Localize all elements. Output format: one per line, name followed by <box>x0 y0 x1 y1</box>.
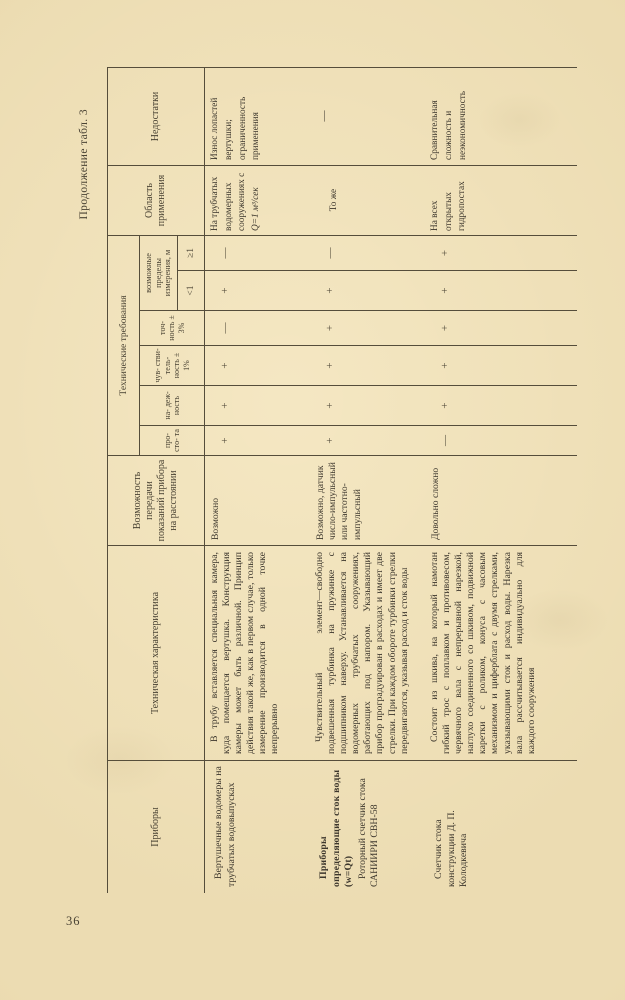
page-number: 36 <box>66 914 81 929</box>
cell-limit-ge1-value: — <box>205 235 310 270</box>
cell-application-area: На трубчатых водомерных сооружениях с Q=… <box>205 165 310 235</box>
instrument-name-text: Роторный счетчик стока САНИИРИ СВН-58 <box>357 766 382 887</box>
column-header-tech-characteristic: Техническая характеристика <box>107 545 205 760</box>
cell-instrument-name: Приборы определяющие сток воды (w=Qt)Рот… <box>310 760 425 893</box>
subheader-chuvstvitelnost: чув- стви- тель- ность ± 1% <box>140 345 205 385</box>
cell-limit-lt1-value: + <box>310 270 425 310</box>
column-header-technical-requirements: Технические требования <box>107 235 140 455</box>
subheader-measurement-limits: возможные пределы измерения, м <box>140 235 178 310</box>
cell-chuvstvitelnost-value: + <box>205 345 310 385</box>
table-continuation-caption: Продолжение табл. 3 <box>78 109 90 220</box>
cell-application-area: На всех открытых гидропостах <box>425 165 577 235</box>
scanned-book-page: { "page": { "caption": "Продолжение табл… <box>0 0 625 1000</box>
cell-disadvantages: Сравнительная сложность и неэкономичност… <box>425 67 577 165</box>
cell-limit-ge1-value: + <box>425 235 577 270</box>
subheader-nadezhnost: на- деж- ность <box>140 385 205 425</box>
subheader-prostota: про- сто- та <box>140 425 205 455</box>
cell-chuvstvitelnost-value: + <box>310 345 425 385</box>
cell-instrument-name: Счетчик стока конструкции Д. П. Колодкев… <box>425 760 577 893</box>
column-header-disadvantages: Недостатки <box>107 67 205 165</box>
cell-limit-lt1-value: + <box>205 270 310 310</box>
cell-chuvstvitelnost-value: + <box>425 345 577 385</box>
cell-remote-transmission: Возможно <box>205 455 310 545</box>
cell-prostota-value: — <box>425 425 577 455</box>
cell-prostota-value: + <box>310 425 425 455</box>
subheader-tochnost: точ- ность ± 3% <box>140 310 205 345</box>
column-header-application-area: Область применения <box>107 165 205 235</box>
cell-nadezhnost-value: + <box>425 385 577 425</box>
cell-tochnost-value: — <box>205 310 310 345</box>
subheader-less-than-1m: <1 <box>178 270 205 310</box>
column-header-remote-transmission: Возможность передачи показаний прибора н… <box>107 455 205 545</box>
cell-disadvantages: — <box>310 67 425 165</box>
cell-technical-characteristic: Состоит из шкива, на который намотан гиб… <box>425 545 577 760</box>
cell-tochnost-value: + <box>425 310 577 345</box>
cell-limit-lt1-value: + <box>425 270 577 310</box>
application-area-formula: Q=1 м³/сек <box>251 187 261 231</box>
cell-remote-transmission: Возможно, датчик число-импульсный или ча… <box>310 455 425 545</box>
cell-instrument-name: Вертушечные водомеры на трубчатых водовы… <box>205 760 310 893</box>
cell-technical-characteristic: В трубу вставляется специальная камера, … <box>205 545 310 760</box>
rotated-table-area: Продолжение табл. 3 Приборы Техническая … <box>107 67 577 893</box>
cell-nadezhnost-value: + <box>310 385 425 425</box>
column-header-pribory: Приборы <box>107 760 205 893</box>
cell-technical-characteristic: Чувствительный элемент—свободно подвешен… <box>310 545 425 760</box>
cell-limit-ge1-value: — <box>310 235 425 270</box>
subheader-greater-equal-1m: ≥1 <box>178 235 205 270</box>
cell-nadezhnost-value: + <box>205 385 310 425</box>
cell-disadvantages: Износ лопастей вертушки; ограниченность … <box>205 67 310 165</box>
application-area-text: На трубчатых водомерных сооружениях с <box>210 173 247 231</box>
cell-tochnost-value: + <box>310 310 425 345</box>
cell-prostota-value: + <box>205 425 310 455</box>
cell-application-area: То же <box>310 165 425 235</box>
instrument-group-heading: Приборы определяющие сток воды (w=Qt) <box>318 770 354 887</box>
instruments-table: Приборы Техническая характеристика Возмо… <box>107 67 577 893</box>
cell-remote-transmission: Довольно сложно <box>425 455 577 545</box>
